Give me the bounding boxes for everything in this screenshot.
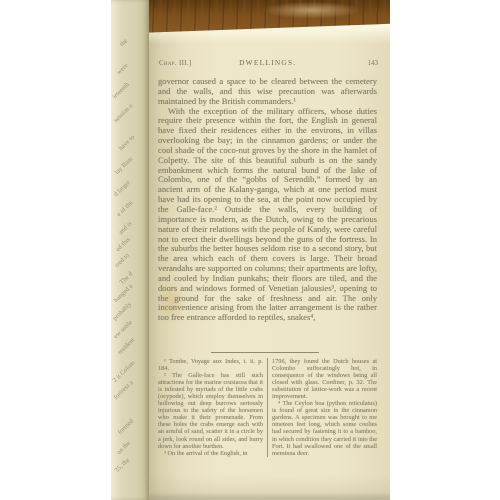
facing-text-fragment: e of the [116, 199, 135, 218]
facing-text-fragment: ed this [115, 236, 132, 253]
facing-text-fragment: 2 it Colom [112, 360, 137, 384]
facing-text-fragment: the [119, 37, 130, 48]
page-title: DWELLINGS. [192, 58, 344, 67]
footnote: ³ On the arrival of the English, in [158, 450, 263, 457]
footnote-column-right: 1796, they found the Dutch houses at Col… [267, 358, 377, 457]
facing-text-fragment: session o [113, 103, 135, 124]
facing-text-fragment: on the [116, 440, 132, 456]
facing-text-fragment: irteenth [112, 81, 131, 100]
facing-text-fragment: have to [118, 134, 136, 152]
facing-text-fragment: 35, the [114, 457, 132, 474]
body-paragraph: governor caused a space to be cleared be… [158, 77, 377, 107]
facing-text-fragment: and is [118, 220, 134, 236]
facing-text-fragment: were [116, 62, 130, 76]
book-photo: the were irteenth session o have to lay … [111, 0, 390, 500]
book-page: Chap. III.] DWELLINGS. 143 governor caus… [149, 0, 390, 500]
footnotes: ¹ Tombe, Voyage aux Indes, t. ii. p. 184… [158, 358, 377, 457]
body-paragraph: With the exception of the military offic… [158, 107, 377, 324]
footnote-column-left: ¹ Tombe, Voyage aux Indes, t. ii. p. 184… [158, 358, 267, 457]
footnote-separator [211, 352, 319, 353]
facing-text-fragment: d larger [113, 179, 132, 198]
body-text: governor caused a space to be cleared be… [158, 77, 377, 323]
facing-text-fragment: rred to [114, 252, 131, 269]
facing-text-fragment: lay Ram [114, 156, 135, 176]
facing-text-fragment: resident [117, 337, 137, 356]
chapter-label: Chap. III.] [159, 59, 192, 67]
footnote: ⁴ The Ceylon boa (python reticulatus) is… [272, 400, 377, 456]
footnote-continuation: 1796, they found the Dutch houses at Col… [272, 358, 377, 400]
book-photo-scene: the were irteenth session o have to lay … [0, 0, 500, 500]
running-head: Chap. III.] DWELLINGS. 143 [159, 58, 378, 67]
facing-page-edge: the were irteenth session o have to lay … [111, 0, 149, 500]
page-number: 143 [344, 59, 378, 67]
footnote: ² The Galle-face has still such attracti… [158, 372, 263, 450]
facing-text-fragment: formed [117, 418, 135, 436]
footnote: ¹ Tombe, Voyage aux Indes, t. ii. p. 184… [158, 358, 263, 372]
